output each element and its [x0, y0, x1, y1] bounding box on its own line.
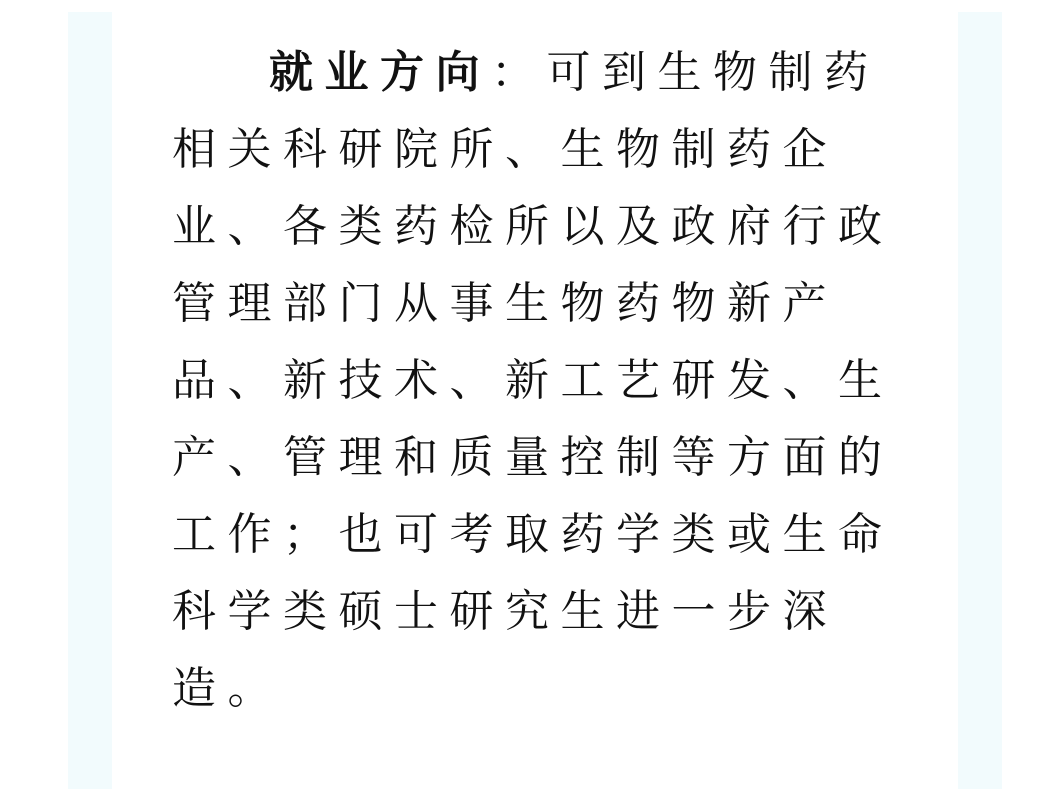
paragraph-line-1: 就业方向：可到生物制药	[172, 34, 902, 111]
paragraph-line-7: 工作；也可考取药学类或生命	[172, 496, 902, 573]
paragraph-line-9: 造。	[172, 650, 902, 727]
paragraph-line-8: 科学类硕士研究生进一步深	[172, 573, 902, 650]
paragraph-line-2: 相关科研院所、生物制药企	[172, 111, 902, 188]
line-text: 可到生物制药	[547, 47, 880, 98]
employment-direction-paragraph: 就业方向：可到生物制药 相关科研院所、生物制药企 业、各类药检所以及政府行政 管…	[172, 34, 902, 727]
paragraph-line-6: 产、管理和质量控制等方面的	[172, 419, 902, 496]
heading-separator: ：	[491, 47, 547, 98]
paragraph-line-5: 品、新技术、新工艺研发、生	[172, 342, 902, 419]
paragraph-line-4: 管理部门从事生物药物新产	[172, 265, 902, 342]
section-heading: 就业方向	[269, 47, 491, 98]
paragraph-line-3: 业、各类药检所以及政府行政	[172, 188, 902, 265]
